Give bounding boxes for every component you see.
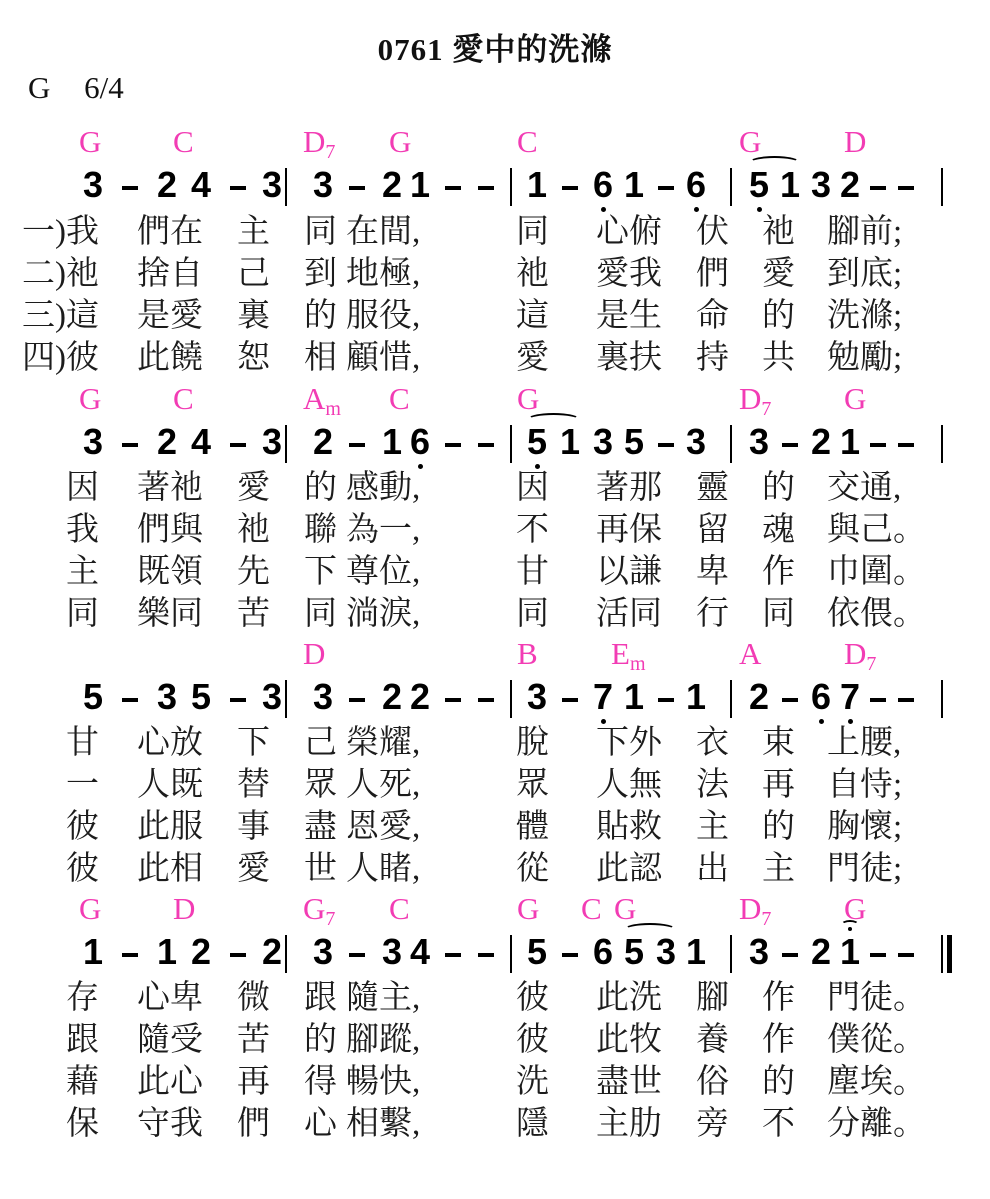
lyric-run: 隨主, xyxy=(346,980,420,1016)
lyric-run: 到底; xyxy=(827,256,902,292)
note-digit: 1 xyxy=(686,679,706,715)
lyric-run: 主 xyxy=(66,554,99,590)
lyric-run: 地極, xyxy=(346,256,420,292)
duration-dash xyxy=(898,953,914,957)
chord-label: D7 xyxy=(844,638,876,674)
barline xyxy=(510,935,512,973)
lyric-run: 的 xyxy=(762,298,795,334)
lyric-run: 己 xyxy=(304,725,337,761)
chord-label: Am xyxy=(303,383,341,419)
chord-label: Em xyxy=(611,638,646,674)
lyric-run: 再 xyxy=(762,767,795,803)
chord-root: C xyxy=(173,381,194,416)
chord-root: E xyxy=(611,636,630,671)
lyric-run: 不 xyxy=(516,512,549,548)
lyric-run: 恩愛, xyxy=(346,809,420,845)
lyric-run: 這 xyxy=(66,298,99,334)
lyric-run: 下外 xyxy=(596,725,662,761)
lyric-run: 巾圍。 xyxy=(827,554,926,590)
lyric-run: 的 xyxy=(304,470,337,506)
chord-label: B xyxy=(517,638,538,669)
lyric-run: 在間, xyxy=(346,214,420,250)
lyric-run: 脫 xyxy=(516,725,549,761)
lyric-run: 淌淚, xyxy=(346,596,420,632)
note-digit: 6 xyxy=(593,167,613,203)
duration-dash xyxy=(230,443,246,447)
duration-dash xyxy=(782,443,798,447)
note-digit: 3 xyxy=(262,424,282,460)
chord-root: G xyxy=(389,124,411,159)
duration-dash xyxy=(562,186,578,190)
chord-root: D xyxy=(739,381,761,416)
note-digit: 5 xyxy=(527,424,547,460)
low-octave-dot xyxy=(535,464,540,469)
note-digit: 7 xyxy=(593,679,613,715)
lyric-run: 相繫, xyxy=(346,1106,420,1142)
chord-root: G xyxy=(844,381,866,416)
note-digit: 3 xyxy=(262,167,282,203)
lyric-run: 祂 xyxy=(516,256,549,292)
chord-root: C xyxy=(389,381,410,416)
duration-dash xyxy=(562,953,578,957)
lyric-run: 主 xyxy=(237,214,270,250)
lyric-run: 此牧 xyxy=(596,1022,662,1058)
lyric-run: 再保 xyxy=(596,512,662,548)
low-octave-dot xyxy=(694,207,699,212)
note-digit: 2 xyxy=(749,679,769,715)
chord-label: G xyxy=(614,893,636,924)
lyric-run: 苦 xyxy=(237,596,270,632)
barline xyxy=(510,168,512,206)
lyric-run: 因 xyxy=(516,470,549,506)
lyric-run: 共 xyxy=(762,340,795,376)
note-digit: 5 xyxy=(624,424,644,460)
duration-dash xyxy=(478,443,494,447)
chord-root: D xyxy=(303,636,325,671)
lyric-run: 塵埃。 xyxy=(827,1064,926,1100)
lyric-run: 恕 xyxy=(237,340,270,376)
lyric-run: 我 xyxy=(66,512,99,548)
duration-dash xyxy=(445,443,461,447)
chord-label: G xyxy=(389,126,411,157)
note-digit: 2 xyxy=(157,424,177,460)
lyric-run: 裏扶 xyxy=(596,340,662,376)
barline-end xyxy=(941,935,943,973)
lyric-run: 同 xyxy=(516,596,549,632)
low-octave-dot xyxy=(757,207,762,212)
chord-label: A xyxy=(739,638,761,669)
chord-subscript: m xyxy=(325,398,341,420)
lyric-run: 門徒。 xyxy=(827,980,926,1016)
lyric-run: 彼 xyxy=(516,1022,549,1058)
chord-label: D xyxy=(303,638,325,669)
duration-dash xyxy=(782,698,798,702)
lyric-run: 留 xyxy=(696,512,729,548)
lyric-run: 體 xyxy=(516,809,549,845)
lyric-run: 隱 xyxy=(516,1106,549,1142)
barline xyxy=(510,680,512,718)
lyric-run: 此饒 xyxy=(137,340,203,376)
lyric-run: 彼 xyxy=(516,980,549,1016)
lyric-run: 自恃; xyxy=(827,767,902,803)
duration-dash xyxy=(898,186,914,190)
note-digit: 1 xyxy=(840,934,860,970)
barline xyxy=(285,680,287,718)
duration-dash xyxy=(658,186,674,190)
lyric-run: 靈 xyxy=(696,470,729,506)
note-digit: 3 xyxy=(811,167,831,203)
lyric-run: 伏 xyxy=(696,214,729,250)
page-title: 0761 愛中的洗滌 xyxy=(0,24,990,69)
note-digit: 1 xyxy=(83,934,103,970)
note-digit: 6 xyxy=(593,934,613,970)
chord-root: D xyxy=(173,891,195,926)
lyric-run: 事 xyxy=(237,809,270,845)
barline xyxy=(730,680,732,718)
lyric-run: 人死, xyxy=(346,767,420,803)
lyric-run: 彼 xyxy=(66,340,99,376)
barline-end xyxy=(941,425,943,463)
lyric-run: 捨自 xyxy=(137,256,203,292)
lyric-run: 相 xyxy=(304,340,337,376)
lyric-run: 先 xyxy=(237,554,270,590)
verse-number: 二) xyxy=(22,256,66,292)
lyric-run: 束 xyxy=(762,725,795,761)
verse-number: 三) xyxy=(22,298,66,334)
lyric-run: 法 xyxy=(696,767,729,803)
note-digit: 3 xyxy=(382,934,402,970)
chord-subscript: 7 xyxy=(325,908,335,930)
lyric-run: 分離。 xyxy=(827,1106,926,1142)
lyric-run: 行 xyxy=(696,596,729,632)
duration-dash xyxy=(658,443,674,447)
lyric-run: 門徒; xyxy=(827,851,902,887)
note-digit: 5 xyxy=(749,167,769,203)
note-digit: 1 xyxy=(527,167,547,203)
lyric-run: 養 xyxy=(696,1022,729,1058)
lyric-run: 同 xyxy=(304,214,337,250)
duration-dash xyxy=(122,186,138,190)
chord-root: G xyxy=(303,891,325,926)
duration-dash xyxy=(349,698,365,702)
verse-number: 一) xyxy=(22,214,66,250)
lyric-run: 的 xyxy=(304,1022,337,1058)
slur-arc xyxy=(624,923,676,936)
note-digit: 6 xyxy=(686,167,706,203)
lyric-run: 服役, xyxy=(346,298,420,334)
lyric-run: 作 xyxy=(762,554,795,590)
duration-dash xyxy=(478,953,494,957)
lyric-run: 世 xyxy=(304,851,337,887)
note-digit: 4 xyxy=(410,934,430,970)
lyric-run: 主肋 xyxy=(596,1106,662,1142)
note-digit: 2 xyxy=(313,424,333,460)
lyric-run: 胸懷; xyxy=(827,809,902,845)
lyric-run: 是愛 xyxy=(137,298,203,334)
lyric-run: 感動, xyxy=(346,470,420,506)
note-digit: 3 xyxy=(686,424,706,460)
lyric-run: 愛 xyxy=(237,851,270,887)
key-signature: G 6/4 xyxy=(28,70,124,106)
chord-root: G xyxy=(79,124,101,159)
lyric-run: 同 xyxy=(762,596,795,632)
lyric-run: 們 xyxy=(237,1106,270,1142)
note-digit: 5 xyxy=(83,679,103,715)
note-digit: 2 xyxy=(382,679,402,715)
lyric-run: 人既 xyxy=(137,767,203,803)
chord-root: G xyxy=(739,124,761,159)
chord-root: G xyxy=(79,891,101,926)
lyric-run: 同 xyxy=(516,214,549,250)
chord-label: G xyxy=(844,383,866,414)
duration-dash xyxy=(349,186,365,190)
lyric-run: 同 xyxy=(304,596,337,632)
barline xyxy=(730,168,732,206)
lyric-run: 腳 xyxy=(696,980,729,1016)
duration-dash xyxy=(122,698,138,702)
lyric-run: 人睹, xyxy=(346,851,420,887)
fermata-dot xyxy=(848,927,852,931)
chord-root: D xyxy=(844,124,866,159)
chord-label: D7 xyxy=(739,383,771,419)
barline xyxy=(730,935,732,973)
chord-subscript: 7 xyxy=(761,908,771,930)
lyric-run: 俗 xyxy=(696,1064,729,1100)
lyric-run: 心卑 xyxy=(137,980,203,1016)
lyric-run: 活同 xyxy=(596,596,662,632)
lyric-run: 心放 xyxy=(137,725,203,761)
duration-dash xyxy=(478,698,494,702)
note-digit: 7 xyxy=(840,679,860,715)
lyric-run: 既領 xyxy=(137,554,203,590)
lyric-run: 此相 xyxy=(137,851,203,887)
chord-subscript: m xyxy=(630,653,646,675)
note-digit: 3 xyxy=(313,167,333,203)
lyric-run: 眾 xyxy=(516,767,549,803)
duration-dash xyxy=(782,953,798,957)
lyric-run: 是生 xyxy=(596,298,662,334)
chord-root: C xyxy=(581,891,602,926)
key-tonic: G xyxy=(28,70,50,106)
lyric-run: 洗 xyxy=(516,1064,549,1100)
lyric-run: 交通, xyxy=(827,470,901,506)
note-digit: 4 xyxy=(191,424,211,460)
lyric-run: 下 xyxy=(237,725,270,761)
low-octave-dot xyxy=(848,719,853,724)
chord-label: D7 xyxy=(303,126,335,162)
note-digit: 2 xyxy=(262,934,282,970)
lyric-run: 此服 xyxy=(137,809,203,845)
note-digit: 1 xyxy=(624,679,644,715)
final-barline-thick xyxy=(947,935,952,973)
lyric-run: 著那 xyxy=(596,470,662,506)
lyric-run: 愛 xyxy=(516,340,549,376)
note-digit: 3 xyxy=(749,934,769,970)
note-digit: 1 xyxy=(780,167,800,203)
note-digit: 5 xyxy=(191,679,211,715)
note-digit: 3 xyxy=(313,934,333,970)
slur-arc xyxy=(749,156,800,169)
duration-dash xyxy=(230,953,246,957)
duration-dash xyxy=(870,953,886,957)
barline-end xyxy=(941,680,943,718)
lyric-run: 上腰, xyxy=(827,725,901,761)
chord-subscript: 7 xyxy=(325,141,335,163)
slur-arc xyxy=(527,413,580,426)
lyric-run: 彼 xyxy=(66,809,99,845)
lyric-run: 盡 xyxy=(304,809,337,845)
chord-root: G xyxy=(79,381,101,416)
lyric-run: 聯 xyxy=(304,512,337,548)
duration-dash xyxy=(898,443,914,447)
low-octave-dot xyxy=(601,719,606,724)
chord-label: C xyxy=(173,383,194,414)
lyric-run: 下 xyxy=(304,554,337,590)
lyric-run: 盡世 xyxy=(596,1064,662,1100)
chord-label: D7 xyxy=(739,893,771,929)
lyric-run: 僕從。 xyxy=(827,1022,926,1058)
lyric-run: 祂 xyxy=(66,256,99,292)
barline-end xyxy=(941,168,943,206)
lyric-run: 心 xyxy=(304,1106,337,1142)
lyric-run: 到 xyxy=(304,256,337,292)
note-digit: 1 xyxy=(624,167,644,203)
note-digit: 3 xyxy=(749,424,769,460)
lyric-run: 以謙 xyxy=(596,554,662,590)
lyric-run: 腳前; xyxy=(827,214,902,250)
note-digit: 5 xyxy=(624,934,644,970)
duration-dash xyxy=(445,698,461,702)
lyric-run: 愛 xyxy=(762,256,795,292)
chord-label: C xyxy=(517,126,538,157)
chord-label: D xyxy=(173,893,195,924)
lyric-run: 甘 xyxy=(516,554,549,590)
chord-root: C xyxy=(173,124,194,159)
lyric-run: 命 xyxy=(696,298,729,334)
chord-root: D xyxy=(739,891,761,926)
lyric-run: 的 xyxy=(762,470,795,506)
duration-dash xyxy=(562,698,578,702)
note-digit: 3 xyxy=(656,934,676,970)
duration-dash xyxy=(230,186,246,190)
lyric-run: 此洗 xyxy=(596,980,662,1016)
low-octave-dot xyxy=(418,464,423,469)
lyric-run: 衣 xyxy=(696,725,729,761)
note-digit: 4 xyxy=(191,167,211,203)
duration-dash xyxy=(349,953,365,957)
note-digit: 2 xyxy=(811,424,831,460)
lyric-run: 替 xyxy=(237,767,270,803)
lyric-run: 己 xyxy=(237,256,270,292)
lyric-run: 依偎。 xyxy=(827,596,926,632)
note-digit: 2 xyxy=(410,679,430,715)
lyric-run: 藉 xyxy=(66,1064,99,1100)
note-digit: 3 xyxy=(157,679,177,715)
lyric-run: 此認 xyxy=(596,851,662,887)
lyric-run: 隨受 xyxy=(137,1022,203,1058)
chord-label: C xyxy=(389,383,410,414)
note-digit: 1 xyxy=(157,934,177,970)
lyric-run: 彼 xyxy=(66,851,99,887)
lyric-run: 愛我 xyxy=(596,256,662,292)
chord-label: G xyxy=(517,893,539,924)
duration-dash xyxy=(478,186,494,190)
note-digit: 2 xyxy=(157,167,177,203)
chord-label: D xyxy=(844,126,866,157)
lyric-run: 主 xyxy=(696,809,729,845)
lyric-run: 勉勵; xyxy=(827,340,902,376)
lyric-run: 與己。 xyxy=(827,512,926,548)
lyric-run: 的 xyxy=(304,298,337,334)
sheet-page: 0761 愛中的洗滌 G 6/4 GCD7GCGD324332116165132… xyxy=(0,0,990,1199)
chord-label: G xyxy=(739,126,761,157)
chord-label: G xyxy=(79,893,101,924)
lyric-run: 從 xyxy=(516,851,549,887)
chord-root: D xyxy=(844,636,866,671)
note-digit: 3 xyxy=(313,679,333,715)
lyric-run: 暢快, xyxy=(346,1064,420,1100)
duration-dash xyxy=(870,698,886,702)
lyric-run: 再 xyxy=(237,1064,270,1100)
chord-label: C xyxy=(173,126,194,157)
verse-number: 四) xyxy=(22,340,66,376)
lyric-run: 存 xyxy=(66,980,99,1016)
lyric-run: 們與 xyxy=(137,512,203,548)
lyric-run: 們在 xyxy=(137,214,203,250)
chord-label: G xyxy=(517,383,539,414)
duration-dash xyxy=(445,953,461,957)
note-digit: 3 xyxy=(83,167,103,203)
chord-label: G7 xyxy=(303,893,335,929)
lyric-run: 跟 xyxy=(66,1022,99,1058)
lyric-run: 著祂 xyxy=(137,470,203,506)
lyric-run: 因 xyxy=(66,470,99,506)
lyric-run: 眾 xyxy=(304,767,337,803)
chord-label: G xyxy=(79,126,101,157)
note-digit: 1 xyxy=(840,424,860,460)
lyric-run: 們 xyxy=(696,256,729,292)
chord-subscript: 7 xyxy=(761,398,771,420)
lyric-run: 為一, xyxy=(346,512,420,548)
lyric-run: 人無 xyxy=(596,767,662,803)
duration-dash xyxy=(658,698,674,702)
lyric-run: 魂 xyxy=(762,512,795,548)
note-digit: 2 xyxy=(382,167,402,203)
note-digit: 3 xyxy=(83,424,103,460)
low-octave-dot xyxy=(601,207,606,212)
chord-root: A xyxy=(303,381,325,416)
lyric-run: 祂 xyxy=(237,512,270,548)
chord-root: A xyxy=(739,636,761,671)
note-digit: 1 xyxy=(410,167,430,203)
note-digit: 6 xyxy=(410,424,430,460)
lyric-run: 卑 xyxy=(696,554,729,590)
barline xyxy=(285,935,287,973)
lyric-run: 作 xyxy=(762,980,795,1016)
note-digit: 2 xyxy=(840,167,860,203)
lyric-run: 樂同 xyxy=(137,596,203,632)
duration-dash xyxy=(230,698,246,702)
chord-root: G xyxy=(614,891,636,926)
lyric-run: 主 xyxy=(762,851,795,887)
lyric-run: 心俯 xyxy=(596,214,662,250)
chord-label: C xyxy=(389,893,410,924)
barline xyxy=(730,425,732,463)
lyric-run: 微 xyxy=(237,980,270,1016)
note-digit: 3 xyxy=(262,679,282,715)
note-digit: 3 xyxy=(527,679,547,715)
lyric-run: 榮耀, xyxy=(346,725,420,761)
